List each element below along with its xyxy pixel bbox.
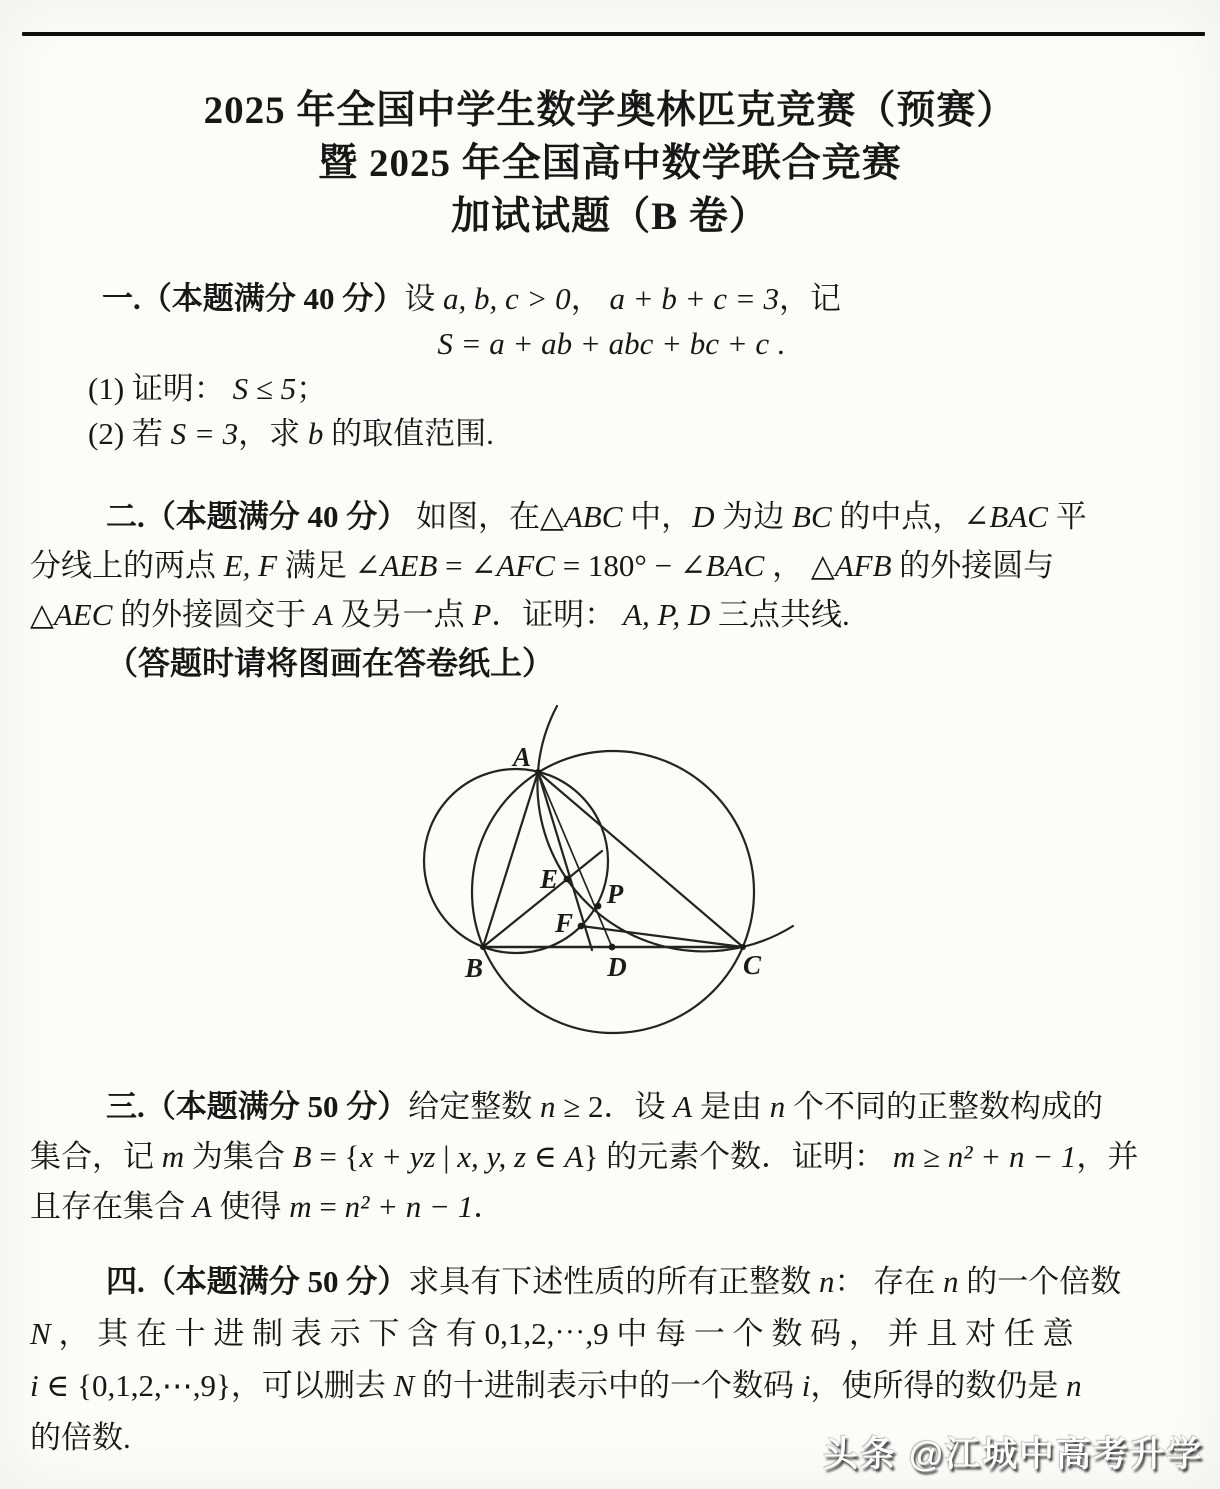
label-F: F [554, 908, 573, 938]
problem-4-line-2: N ， 其 在 十 进 制 表 示 下 含 有 0,1,2,⋯,9 中 每 一 … [30, 1308, 1192, 1360]
problem-2-line-2: 分线上的两点 E, F 满足 ∠AEB = ∠AFC = 180° − ∠BAC… [30, 541, 1192, 590]
label-B: B [464, 953, 483, 983]
point-F [578, 923, 585, 930]
circumcircle-AEC-arc [537, 706, 793, 951]
geometry-figure: A B C D E F P [340, 685, 880, 1080]
problem-3: 三.（本题满分 50 分）给定整数 n ≥ 2．设 A 是由 n 个不同的正整数… [30, 1082, 1192, 1232]
label-C: C [743, 950, 762, 980]
label-D: D [606, 952, 627, 982]
point-B [480, 944, 486, 950]
exam-document-page: 2025 年全国中学生数学奥林匹克竞赛（预赛） 暨 2025 年全国高中数学联合… [0, 0, 1220, 1489]
title-line-2: 暨 2025 年全国高中数学联合竞赛 [0, 137, 1220, 190]
document-title: 2025 年全国中学生数学奥林匹克竞赛（预赛） 暨 2025 年全国高中数学联合… [0, 84, 1220, 243]
point-A [535, 769, 541, 775]
geometry-figure-svg: A B C D E F P [340, 685, 880, 1080]
problem-2-line-3: △AEC 的外接圆交于 A 及另一点 P．证明： A, P, D 三点共线. [30, 590, 1192, 639]
problem-3-line-3: 且存在集合 A 使得 m = n² + n − 1． [30, 1182, 1192, 1232]
problem-1-part-2: (2) 若 S = 3，求 b 的取值范围. [30, 411, 1192, 456]
point-P [595, 903, 602, 910]
problem-2-line-1: 二.（本题满分 40 分） 如图，在△ABC 中，D 为边 BC 的中点，∠BA… [30, 492, 1192, 541]
point-D [609, 944, 616, 951]
line-APD [538, 772, 612, 947]
top-horizontal-rule [22, 32, 1205, 36]
problem-4-line-3: i ∈ {0,1,2,⋯,9}，可以删去 N 的十进制表示中的一个数码 i，使所… [30, 1360, 1192, 1412]
label-A: A [511, 742, 531, 772]
problem-1-formula: S = a + ab + abc + bc + c . [30, 321, 1192, 366]
title-line-3: 加试试题（B 卷） [0, 190, 1220, 243]
problem-1-part-1: (1) 证明： S ≤ 5； [30, 366, 1192, 411]
problem-3-line-2: 集合，记 m 为集合 B = {x + yz | x, y, z ∈ A} 的元… [30, 1132, 1192, 1182]
point-E [564, 876, 571, 883]
title-line-1: 2025 年全国中学生数学奥林匹克竞赛（预赛） [0, 84, 1220, 137]
problem-2-answer-note: （答题时请将图画在答卷纸上） [30, 639, 1192, 688]
problem-1: 一.（本题满分 40 分）设 a, b, c > 0， a + b + c = … [30, 276, 1192, 456]
label-E: E [539, 864, 558, 894]
problem-3-line-1: 三.（本题满分 50 分）给定整数 n ≥ 2．设 A 是由 n 个不同的正整数… [30, 1082, 1192, 1132]
problem-2: 二.（本题满分 40 分） 如图，在△ABC 中，D 为边 BC 的中点，∠BA… [30, 492, 1192, 688]
problem-1-statement: 一.（本题满分 40 分）设 a, b, c > 0， a + b + c = … [30, 276, 1192, 321]
segment-AB [483, 772, 538, 947]
problem-4-line-1: 四.（本题满分 50 分）求具有下述性质的所有正整数 n： 存在 n 的一个倍数 [30, 1256, 1192, 1308]
label-P: P [606, 879, 624, 909]
toutiao-watermark: 头条 @江城中高考升学 [823, 1427, 1204, 1477]
